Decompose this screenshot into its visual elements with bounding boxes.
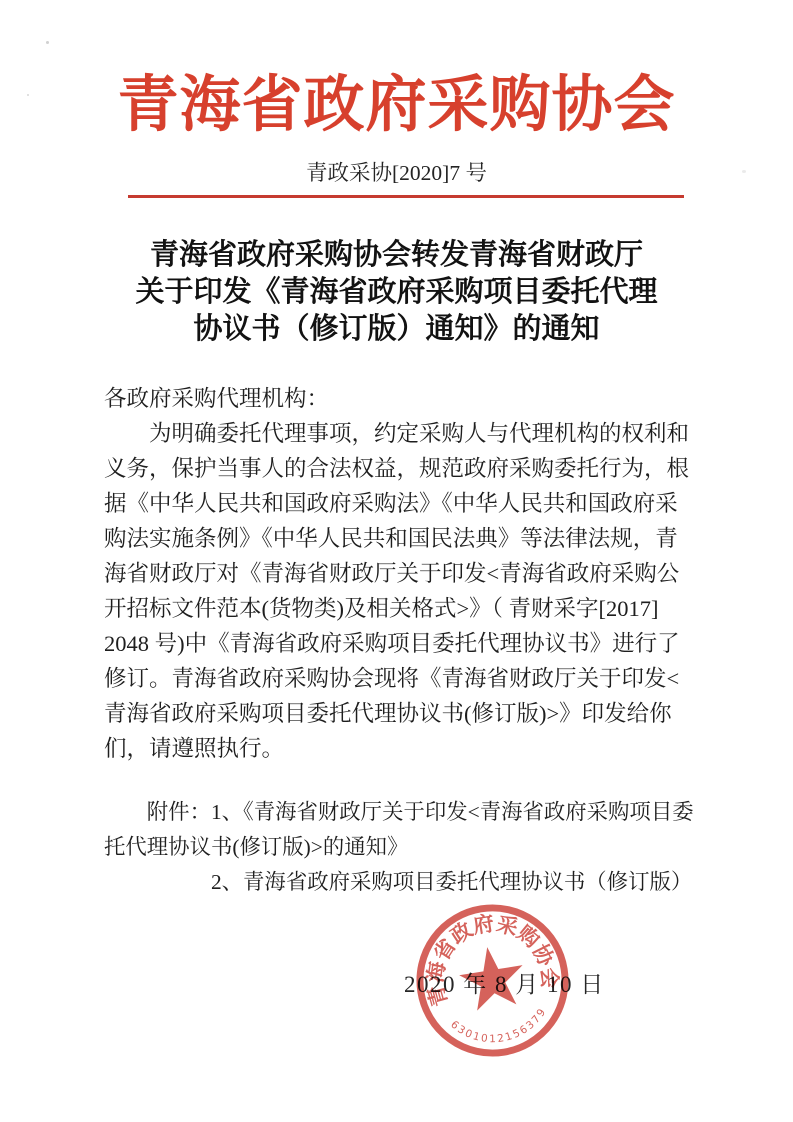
letterhead-org-title: 青海省政府采购协会 [0,72,793,139]
body-line: 为明确委托代理事项，约定采购人与代理机构的权利和 [104,416,724,451]
document-number: 青政采协[2020]7 号 [0,159,793,187]
body-line: 购法实施条例》《中华人民共和国民法典》等法律法规，青 [104,521,724,556]
body-line: 们，请遵照执行。 [104,731,724,766]
document-title-line: 青海省政府采购协会转发青海省财政厅 [0,237,793,274]
scan-speck [46,41,49,44]
body-line: 海省财政厅对《青海省财政厅关于印发<青海省政府采购公 [104,556,724,591]
body-line: 开招标文件范本(货物类)及相关格式>》（ 青财采字[2017] [104,591,724,626]
scan-speck [27,94,29,96]
body-text: 各政府采购代理机构： 为明确委托代理事项，约定采购人与代理机构的权利和义务，保护… [104,381,724,766]
body-line: 义务，保护当事人的合法权益，规范政府采购委托行为，根 [104,451,724,486]
document-title-line: 关于印发《青海省政府采购项目委托代理 [0,274,793,311]
scan-speck [742,170,746,173]
document-title: 青海省政府采购协会转发青海省财政厅关于印发《青海省政府采购项目委托代理协议书（修… [0,237,793,348]
red-divider-rule [128,195,684,198]
document-title-line: 协议书（修订版）通知》的通知 [0,311,793,348]
body-line: 各政府采购代理机构： [104,381,724,416]
attachment-line: 托代理协议书(修订版)>的通知》 [104,830,744,865]
body-line: 修订。青海省政府采购协会现将《青海省财政厅关于印发< [104,661,724,696]
seal-star-icon [456,942,529,1012]
attachment-line: 附件：1、《青海省财政厅关于印发<青海省政府采购项目委 [104,795,744,830]
official-seal: 青海省政府采购协会 6301012156379 [413,901,572,1060]
document-page: 青海省政府采购协会 青政采协[2020]7 号 青海省政府采购协会转发青海省财政… [0,0,793,1122]
body-line: 据《中华人民共和国政府采购法》《中华人民共和国政府采 [104,486,724,521]
body-line: 青海省政府采购项目委托代理协议书(修订版)>》印发给你 [104,696,724,731]
attachment-list: 附件：1、《青海省财政厅关于印发<青海省政府采购项目委托代理协议书(修订版)>的… [104,795,744,900]
body-line: 2048 号)中《青海省政府采购项目委托代理协议书》进行了 [104,626,724,661]
attachment-line: 2、青海省政府采购项目委托代理协议书（修订版） [104,865,744,900]
